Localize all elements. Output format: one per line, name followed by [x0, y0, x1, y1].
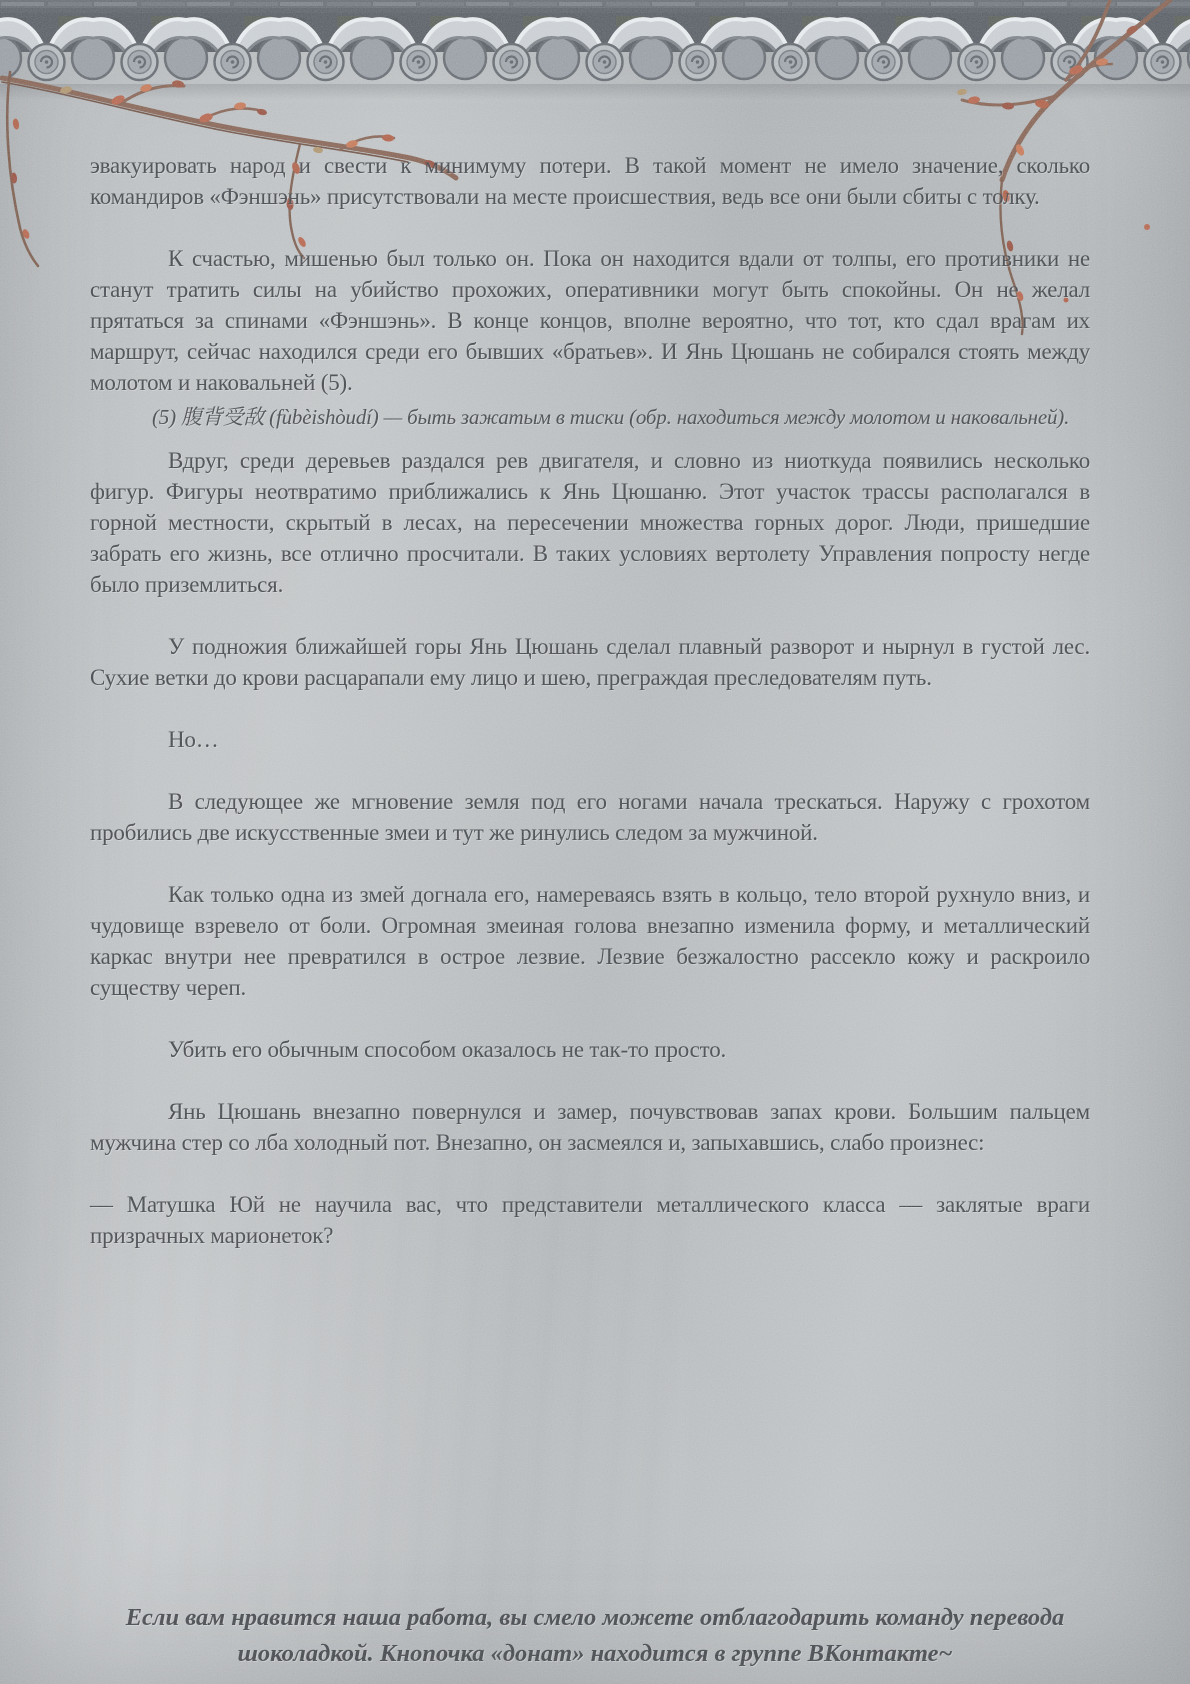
paragraph: Убить его обычным способом оказалось не …	[90, 1034, 1090, 1065]
paragraph: (5) 腹背受敌 (fùbèishòudí) — быть зажатым в …	[90, 403, 1090, 432]
novel-page: эвакуировать народ и свести к минимуму п…	[0, 0, 1190, 1684]
paragraph: — Матушка Юй не научила вас, что предста…	[90, 1189, 1090, 1251]
novel-text: эвакуировать народ и свести к минимуму п…	[90, 150, 1090, 1282]
paragraph: Янь Цюшань внезапно повернулся и замер, …	[90, 1096, 1090, 1158]
paragraph: В следующее же мгновение земля под его н…	[90, 786, 1090, 848]
translator-donation-note: Если вам нравится наша работа, вы смело …	[95, 1600, 1095, 1672]
paragraph: эвакуировать народ и свести к минимуму п…	[90, 150, 1090, 212]
paragraph: Но…	[90, 724, 1090, 755]
paragraph: У подножия ближайшей горы Янь Цюшань сде…	[90, 631, 1090, 693]
paragraph: Вдруг, среди деревьев раздался рев двига…	[90, 445, 1090, 600]
paragraph: К счастью, мишенью был только он. Пока о…	[90, 243, 1090, 398]
paragraph: Как только одна из змей догнала его, нам…	[90, 879, 1090, 1003]
roof-tile-border-image	[0, 0, 1190, 100]
